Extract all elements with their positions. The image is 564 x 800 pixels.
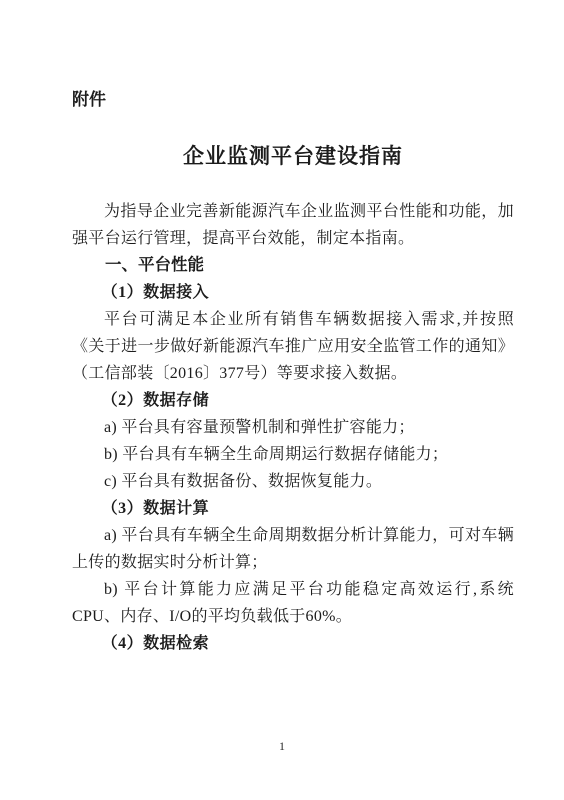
- page-number: 1: [0, 738, 564, 754]
- subsection-4-heading: （4）数据检索: [72, 630, 514, 657]
- document-title: 企业监测平台建设指南: [72, 142, 514, 172]
- section-1-heading: 一、平台性能: [72, 252, 514, 279]
- storage-item-a: a) 平台具有容量预警机制和弹性扩容能力；: [72, 414, 514, 441]
- subsection-3-heading: （3）数据计算: [72, 495, 514, 522]
- subsection-2-heading: （2）数据存储: [72, 387, 514, 414]
- intro-paragraph: 为指导企业完善新能源汽车企业监测平台性能和功能，加强平台运行管理，提高平台效能，…: [72, 198, 514, 252]
- data-access-paragraph: 平台可满足本企业所有销售车辆数据接入需求,并按照《关于进一步做好新能源汽车推广应…: [72, 306, 514, 387]
- storage-item-b: b) 平台具有车辆全生命周期运行数据存储能力；: [72, 441, 514, 468]
- subsection-1-heading: （1）数据接入: [72, 279, 514, 306]
- compute-item-a: a) 平台具有车辆全生命周期数据分析计算能力，可对车辆上传的数据实时分析计算；: [72, 522, 514, 576]
- compute-item-b: b) 平台计算能力应满足平台功能稳定高效运行,系统CPU、内存、I/O的平均负载…: [72, 576, 514, 630]
- storage-item-c: c) 平台具有数据备份、数据恢复能力。: [72, 468, 514, 495]
- attachment-label: 附件: [72, 88, 514, 112]
- document-content: 附件 企业监测平台建设指南 为指导企业完善新能源汽车企业监测平台性能和功能，加强…: [0, 0, 564, 657]
- document-page: 附件 企业监测平台建设指南 为指导企业完善新能源汽车企业监测平台性能和功能，加强…: [0, 0, 564, 800]
